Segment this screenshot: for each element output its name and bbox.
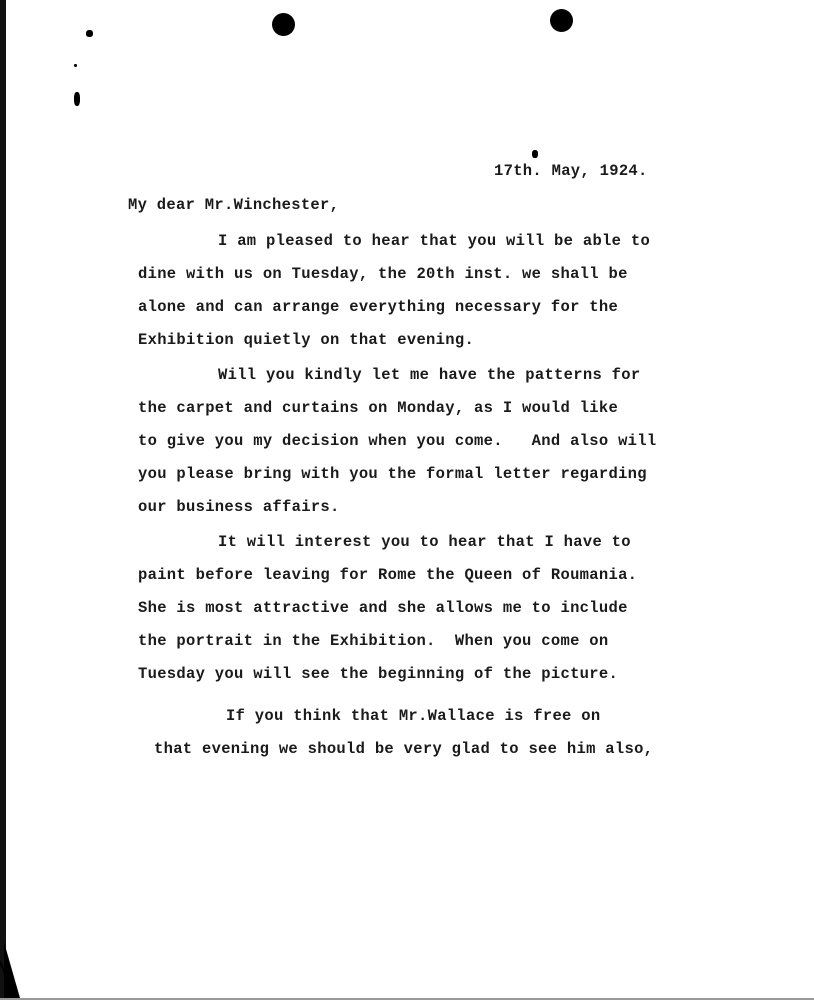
text-line: Exhibition quietly on that evening. [138,331,474,349]
ink-speck [86,30,93,37]
text-line: the carpet and curtains on Monday, as I … [138,399,618,417]
text-line: that evening we should be very glad to s… [154,740,653,758]
text-line: our business affairs. [138,498,340,516]
letter-salutation: My dear Mr.Winchester, [128,196,339,214]
ink-speck [74,64,77,67]
letter-date: 17th. May, 1924. [494,162,648,180]
text-line: dine with us on Tuesday, the 20th inst. … [138,265,628,283]
punch-hole-right [550,9,573,32]
text-line: you please bring with you the formal let… [138,465,647,483]
text-line: the portrait in the Exhibition. When you… [138,632,608,650]
text-line: Tuesday you will see the beginning of th… [138,665,618,683]
text-line: alone and can arrange everything necessa… [138,298,618,316]
text-line: It will interest you to hear that I have… [218,533,631,551]
text-line: Will you kindly let me have the patterns… [218,366,640,384]
text-line: If you think that Mr.Wallace is free on [226,707,600,725]
text-line: She is most attractive and she allows me… [138,599,628,617]
page-left-edge [0,0,6,1000]
ink-speck [74,92,80,106]
text-line: I am pleased to hear that you will be ab… [218,232,650,250]
text-line: to give you my decision when you come. A… [138,432,656,450]
text-line: paint before leaving for Rome the Queen … [138,566,637,584]
ink-speck [532,150,538,158]
punch-hole-left [272,13,295,36]
